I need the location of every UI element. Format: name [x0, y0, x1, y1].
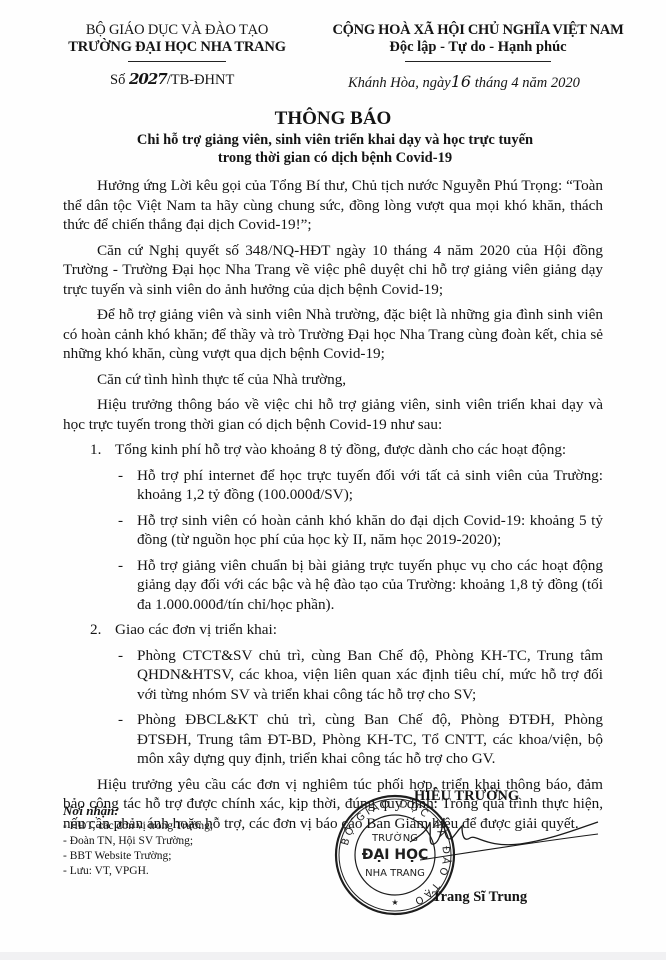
document-title: THÔNG BÁO	[0, 108, 666, 130]
document-body: Hưởng ứng Lời kêu gọi của Tổng Bí thư, C…	[63, 176, 603, 839]
motto-underline	[405, 61, 551, 62]
stamp-star: ★	[391, 898, 398, 907]
document-subtitle: Chi hỗ trợ giảng viên, sinh viên triển k…	[110, 131, 560, 167]
page-bottom-edge	[0, 952, 666, 960]
sub-item: -Phòng ĐBCL&KT chủ trì, cùng Ban Chế độ,…	[63, 710, 603, 769]
sub-item-text: Hỗ trợ sinh viên có hoàn cảnh khó khăn d…	[137, 512, 603, 549]
doc-number-prefix: Số	[110, 72, 125, 88]
paragraph: Hưởng ứng Lời kêu gọi của Tổng Bí thư, C…	[63, 176, 603, 235]
doc-number-handwritten: 2027	[129, 70, 167, 88]
sub-item: -Phòng CTCT&SV chủ trì, cùng Ban Chế độ,…	[63, 646, 603, 705]
numbered-item: 2. Giao các đơn vị triển khai:	[63, 620, 603, 640]
item-number: 2.	[90, 620, 101, 640]
numbered-item: 1. Tổng kinh phí hỗ trợ vào khoảng 8 tỷ …	[63, 440, 603, 460]
item-text: Tổng kinh phí hỗ trợ vào khoảng 8 tỷ đồn…	[115, 441, 566, 458]
document-page: BỘ GIÁO DỤC VÀ ĐÀO TẠO TRƯỜNG ĐẠI HỌC NH…	[0, 0, 666, 952]
place-date-prefix: Khánh Hòa, ngày	[348, 75, 451, 91]
recipients-label: Nơi nhận:	[63, 803, 213, 818]
school-name: TRƯỜNG ĐẠI HỌC NHA TRANG	[62, 39, 292, 56]
paragraph: Căn cứ tình hình thực tế của Nhà trường,	[63, 370, 603, 390]
recipient: - BBT Website Trường;	[63, 849, 213, 864]
subtitle-line-1: Chi hỗ trợ giảng viên, sinh viên triển k…	[110, 131, 560, 149]
stamp-line-3: NHA TRANG	[365, 868, 425, 879]
issuer-header: BỘ GIÁO DỤC VÀ ĐÀO TẠO TRƯỜNG ĐẠI HỌC NH…	[62, 22, 292, 62]
sub-item: -Hỗ trợ sinh viên có hoàn cảnh khó khăn …	[63, 511, 603, 550]
subtitle-line-2: trong thời gian có dịch bệnh Covid-19	[110, 149, 560, 167]
item-text: Giao các đơn vị triển khai:	[115, 621, 277, 638]
paragraph: Căn cứ Nghị quyết số 348/NQ-HĐT ngày 10 …	[63, 241, 603, 300]
recipients-block: Nơi nhận: - HĐT, các đơn vị trong Trường…	[63, 803, 213, 879]
sub-item-text: Phòng CTCT&SV chủ trì, cùng Ban Chế độ, …	[137, 647, 603, 703]
sub-item-text: Phòng ĐBCL&KT chủ trì, cùng Ban Chế độ, …	[137, 711, 603, 767]
sub-item: -Hỗ trợ giảng viên chuẩn bị bài giảng tr…	[63, 556, 603, 615]
signatory-title: HIỆU TRƯỞNG	[414, 788, 519, 805]
document-number: Số 2027/TB-ĐHNT	[110, 70, 234, 89]
national-header: CỘNG HOÀ XÃ HỘI CHỦ NGHĨA VIỆT NAM Độc l…	[318, 22, 638, 62]
header-underline	[128, 61, 226, 62]
sub-item-text: Hỗ trợ giảng viên chuẩn bị bài giảng trự…	[137, 557, 603, 613]
handwritten-signature	[400, 808, 600, 868]
ministry-name: BỘ GIÁO DỤC VÀ ĐÀO TẠO	[62, 22, 292, 39]
place-date-suffix: tháng 4 năm 2020	[475, 75, 580, 91]
sub-item: -Hỗ trợ phí internet để học trực tuyến đ…	[63, 466, 603, 505]
recipient: - HĐT, các đơn vị trong Trường;	[63, 819, 213, 834]
paragraph: Để hỗ trợ giảng viên và sinh viên Nhà tr…	[63, 305, 603, 364]
place-date: Khánh Hòa, ngày16 tháng 4 năm 2020	[348, 72, 580, 92]
day-handwritten: 16	[451, 72, 471, 91]
signer-name: Trang Sĩ Trung	[432, 889, 527, 906]
republic-name: CỘNG HOÀ XÃ HỘI CHỦ NGHĨA VIỆT NAM	[318, 22, 638, 39]
recipient: - Lưu: VT, VPGH.	[63, 864, 213, 879]
national-motto: Độc lập - Tự do - Hạnh phúc	[318, 39, 638, 56]
doc-number-suffix: /TB-ĐHNT	[167, 72, 235, 88]
sub-item-text: Hỗ trợ phí internet để học trực tuyến đố…	[137, 467, 603, 504]
recipient: - Đoàn TN, Hội SV Trường;	[63, 834, 213, 849]
item-number: 1.	[90, 440, 101, 460]
paragraph: Hiệu trưởng thông báo về việc chi hỗ trợ…	[63, 395, 603, 434]
